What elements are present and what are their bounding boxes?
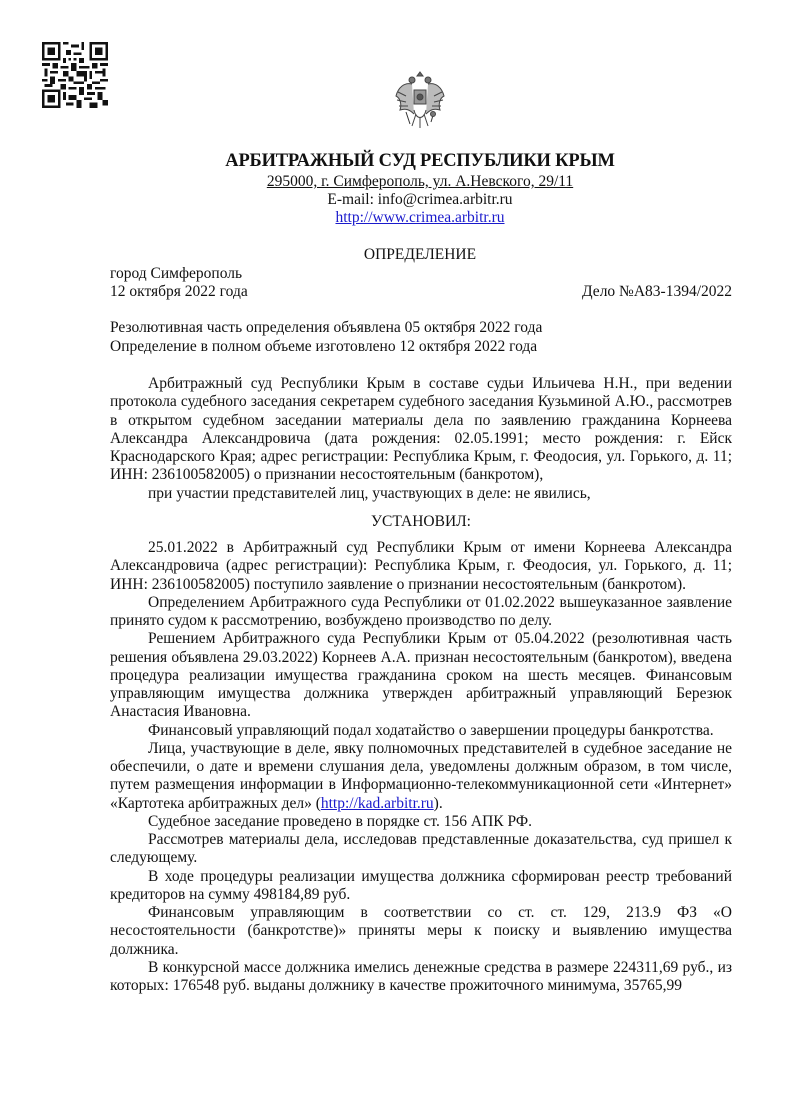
coat-of-arms-icon — [394, 70, 446, 132]
document-type: ОПРЕДЕЛЕНИЕ — [0, 246, 788, 264]
court-website-link[interactable]: http://www.crimea.arbitr.ru — [0, 209, 788, 227]
established-heading: УСТАНОВИЛ: — [110, 513, 732, 531]
case-number: Дело №А83-1394/2022 — [582, 283, 732, 301]
court-email: E-mail: info@crimea.arbitr.ru — [0, 191, 788, 209]
notice-paragraph: Лица, участвующие в деле, явку полномочн… — [110, 740, 732, 813]
paragraph: Решением Арбитражного суда Республики Кр… — [110, 630, 732, 721]
qr-code-icon — [42, 42, 108, 108]
paragraph: Финансовым управляющим в соответствии со… — [110, 904, 732, 959]
paragraph: Финансовый управляющий подал ходатайство… — [110, 722, 732, 740]
full-prepared: Определение в полном объеме изготовлено … — [110, 338, 537, 356]
paragraph: Рассмотрев материалы дела, исследовав пр… — [110, 831, 732, 868]
paragraph: В ходе процедуры реализации имущества до… — [110, 868, 732, 905]
resolution-announced: Резолютивная часть определения объявлена… — [110, 319, 542, 337]
paragraph: 25.01.2022 в Арбитражный суд Республики … — [110, 539, 732, 594]
participants-paragraph: при участии представителей лиц, участвую… — [110, 485, 732, 503]
document-city: город Симферополь — [110, 265, 242, 283]
notice-text-end: ). — [434, 795, 443, 812]
court-name: АРБИТРАЖНЫЙ СУД РЕСПУБЛИКИ КРЫМ — [0, 151, 788, 172]
document-body: Арбитражный суд Республики Крым в состав… — [110, 375, 732, 995]
intro-paragraph: Арбитражный суд Республики Крым в состав… — [110, 375, 732, 485]
paragraph: В конкурсной массе должника имелись дене… — [110, 959, 732, 996]
kad-arbitr-link[interactable]: http://kad.arbitr.ru — [321, 795, 434, 812]
paragraph: Судебное заседание проведено в порядке с… — [110, 813, 732, 831]
document-date: 12 октября 2022 года — [110, 283, 248, 301]
paragraph: Определением Арбитражного суда Республик… — [110, 594, 732, 631]
court-address: 295000, г. Симферополь, ул. А.Невского, … — [0, 173, 788, 191]
